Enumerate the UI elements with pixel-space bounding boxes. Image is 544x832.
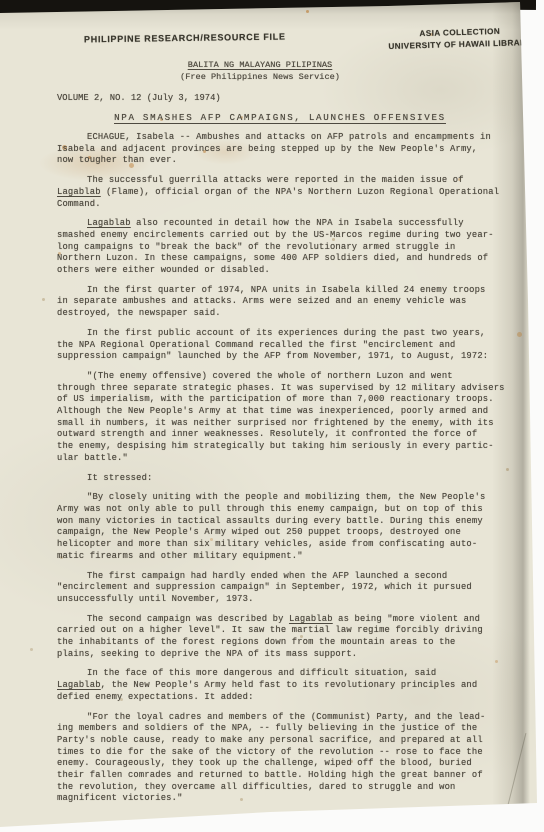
paragraph: "(The enemy offensive) covered the whole… [57,371,523,465]
article-headline: NPA SMASHES AFP CAMPAIGNS, LAUNCHES OFFE… [0,112,544,123]
text-line: the enemy, despising him strategically b… [57,441,523,453]
library-stamp-right: ASIA COLLECTION UNIVERSITY OF HAWAII LIB… [382,25,539,53]
text-line: smashed enemy encirclements carried out … [57,230,523,242]
text-line: small in numbers, it was neither surpris… [57,418,523,430]
text-line: ECHAGUE, Isabela -- Ambushes and attacks… [57,132,523,144]
text-line: their fallen comrades and returned to ba… [57,770,523,782]
text-line: enemy. Courageously, they took up the ch… [57,758,523,770]
text-line: Command. [57,199,523,211]
text-line: ing members and soldiers of the NPA, -- … [57,723,523,735]
text-line: In the first quarter of 1974, NPA units … [57,285,523,297]
text-line: "encirclement and suppression campaign" … [57,582,523,594]
paragraph: Lagablab also recounted in detail how th… [57,218,523,277]
text-line: suppression campaign" launched by the AF… [57,351,523,363]
document-page: PHILIPPINE RESEARCH/RESOURCE FILE ASIA C… [0,0,544,832]
text-line: The second campaign was described by Lag… [57,614,523,626]
text-line: "By closely uniting with the people and … [57,492,523,504]
text-line: now tougher than ever. [57,155,523,167]
text-line: ular battle." [57,453,523,465]
text-line: others were either wounded or disabled. [57,265,523,277]
text-line: outward strength and inner weaknesses. R… [57,429,523,441]
library-stamp-left: PHILIPPINE RESEARCH/RESOURCE FILE [84,32,286,45]
volume-date-line: VOLUME 2, NO. 12 (July 3, 1974) [57,93,221,103]
text-line: magnificent victories." [57,793,523,805]
text-line: destroyed, the newspaper said. [57,308,523,320]
paragraph: It stressed: [57,473,523,485]
text-line: It stressed: [57,473,523,485]
text-line: in separate ambushes and attacks. Arms w… [57,296,523,308]
text-line: unsuccessfully until November, 1973. [57,594,523,606]
masthead-title: BALITA NG MALAYANG PILIPINAS [188,60,332,70]
paragraph: ECHAGUE, Isabela -- Ambushes and attacks… [57,132,523,167]
text-line: Lagablab also recounted in detail how th… [57,218,523,230]
text-line: Lagablab (Flame), official organ of the … [57,187,523,199]
text-line: carried out on a higher level". It saw t… [57,625,523,637]
text-line: The first campaign had hardly ended when… [57,571,523,583]
text-line: long campaigns to "break the back" of th… [57,242,523,254]
paragraph: In the face of this more dangerous and d… [57,668,523,703]
text-line: the revolution, they overcame all diffic… [57,782,523,794]
paragraph: The first campaign had hardly ended when… [57,571,523,606]
text-line: the inhabitants of the forest regions do… [57,637,523,649]
text-line: defied enemy expectations. It added: [57,692,523,704]
text-line: plains, seeking to deprive the NPA of it… [57,649,523,661]
paragraph: In the first public account of its exper… [57,328,523,363]
text-line: In the first public account of its exper… [57,328,523,340]
text-line: "(The enemy offensive) covered the whole… [57,371,523,383]
text-line: helicopter and more than six military ve… [57,539,523,551]
scanned-document-screenshot: { "document": { "stamps": { "top_left": … [0,0,544,832]
text-line: campaign, the New People's Army wiped ou… [57,527,523,539]
text-line: Party's noble cause, ready to make any p… [57,735,523,747]
text-line: matic firearms and other military equipm… [57,551,523,563]
paragraph: The second campaign was described by Lag… [57,614,523,661]
stamp-text: PHILIPPINE RESEARCH/RESOURCE FILE [84,32,286,45]
paragraph: "By closely uniting with the people and … [57,492,523,562]
paragraph: In the first quarter of 1974, NPA units … [57,285,523,320]
paragraph: The successful guerrilla attacks were re… [57,175,523,210]
body-text: ECHAGUE, Isabela -- Ambushes and attacks… [57,132,523,805]
text-line: the NPA Regional Operational Command rec… [57,340,523,352]
text-line: through three separate strategic phases.… [57,383,523,395]
text-line: Although the New People's Army at that t… [57,406,523,418]
paragraph: "For the loyal cadres and members of the… [57,712,523,806]
text-line: times to die for the sake of the victory… [57,747,523,759]
text-line: The successful guerrilla attacks were re… [57,175,523,187]
text-line: of US imperialism, with the participatio… [57,394,523,406]
newsletter-masthead: BALITA NG MALAYANG PILIPINAS [0,60,520,70]
text-line: "For the loyal cadres and members of the… [57,712,523,724]
masthead-subtitle: (Free Philippines News Service) [0,72,520,82]
text-line: In the face of this more dangerous and d… [57,668,523,680]
text-line: Northern Luzon. In these campaigns, some… [57,253,523,265]
text-line: Army was not only able to pull through t… [57,504,523,516]
text-line: won many victories in tactical assaults … [57,516,523,528]
text-line: Lagablab, the New People's Army held fas… [57,680,523,692]
text-line: Isabela and adjacent provinces are being… [57,144,523,156]
